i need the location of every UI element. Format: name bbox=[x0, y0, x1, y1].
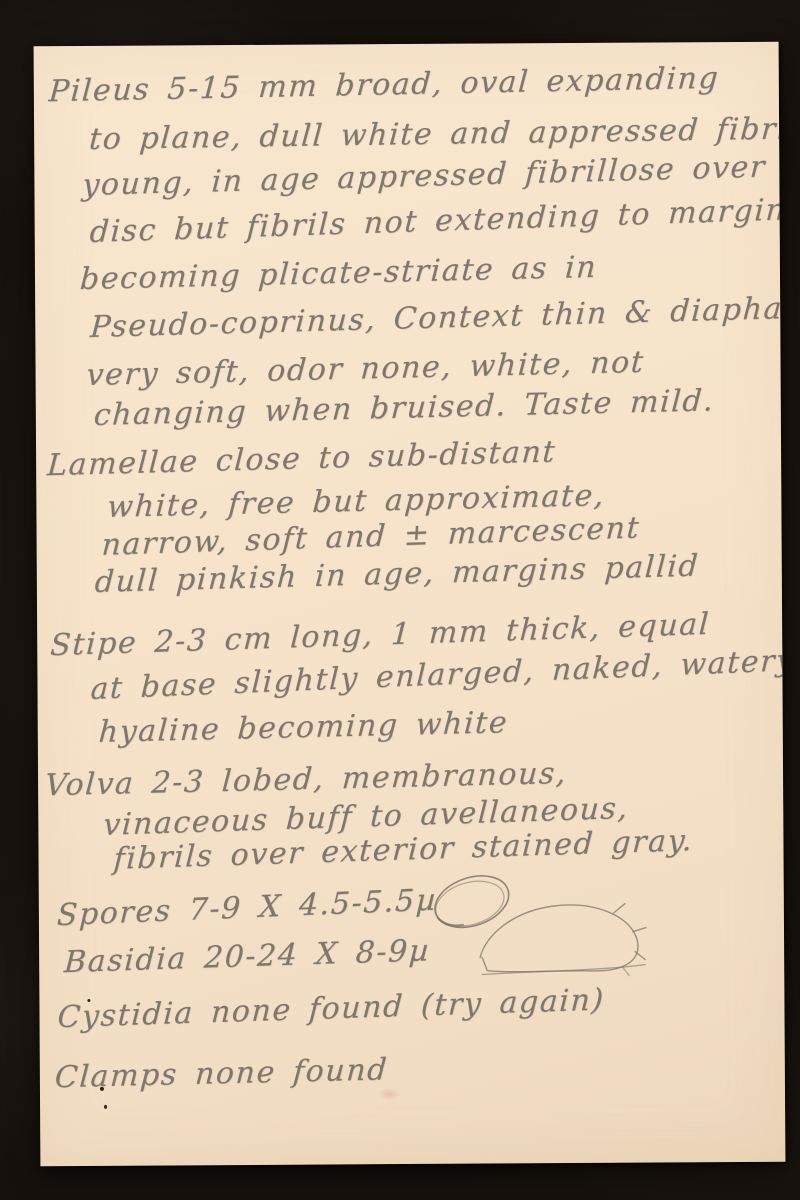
basidium-sketch-drawing bbox=[480, 904, 646, 977]
ink-speck bbox=[104, 1105, 107, 1109]
note-card: Pileus 5-15 mm broad, oval expanding to … bbox=[34, 42, 786, 1167]
note-line-pileus: Pileus 5-15 mm broad, oval expanding bbox=[48, 61, 721, 110]
note-line: Pseudo-coprinus, Context thin & diaphano… bbox=[89, 289, 785, 345]
pink-smudge bbox=[378, 1088, 400, 1100]
note-line-cystidia: Cystidia none found (try again) bbox=[57, 982, 606, 1035]
note-line: very soft, odor none, white, not bbox=[85, 345, 645, 393]
ink-speck bbox=[87, 999, 90, 1002]
note-line: disc but fibrils not extending to margin… bbox=[89, 192, 786, 250]
note-line-basidia: Basidia 20-24 X 8-9µ bbox=[63, 933, 431, 980]
note-line: young, in age appressed fibrillose over bbox=[81, 149, 767, 203]
ink-speck bbox=[100, 1087, 104, 1091]
note-line: hyaline becoming white bbox=[98, 705, 510, 750]
spore-sketch-drawing bbox=[428, 867, 516, 937]
note-line-spores: Spores 7-9 X 4.5-5.5µ bbox=[56, 883, 438, 934]
note-line-lamellae: Lamellae close to sub-distant bbox=[46, 434, 557, 483]
note-line: to plane, dull white and appressed fibri… bbox=[88, 110, 786, 157]
note-line-clamps: Clamps none found bbox=[54, 1052, 389, 1095]
note-line: changing when bruised. Taste mild. bbox=[93, 383, 716, 433]
note-line: becoming plicate-striate as in bbox=[79, 250, 598, 297]
